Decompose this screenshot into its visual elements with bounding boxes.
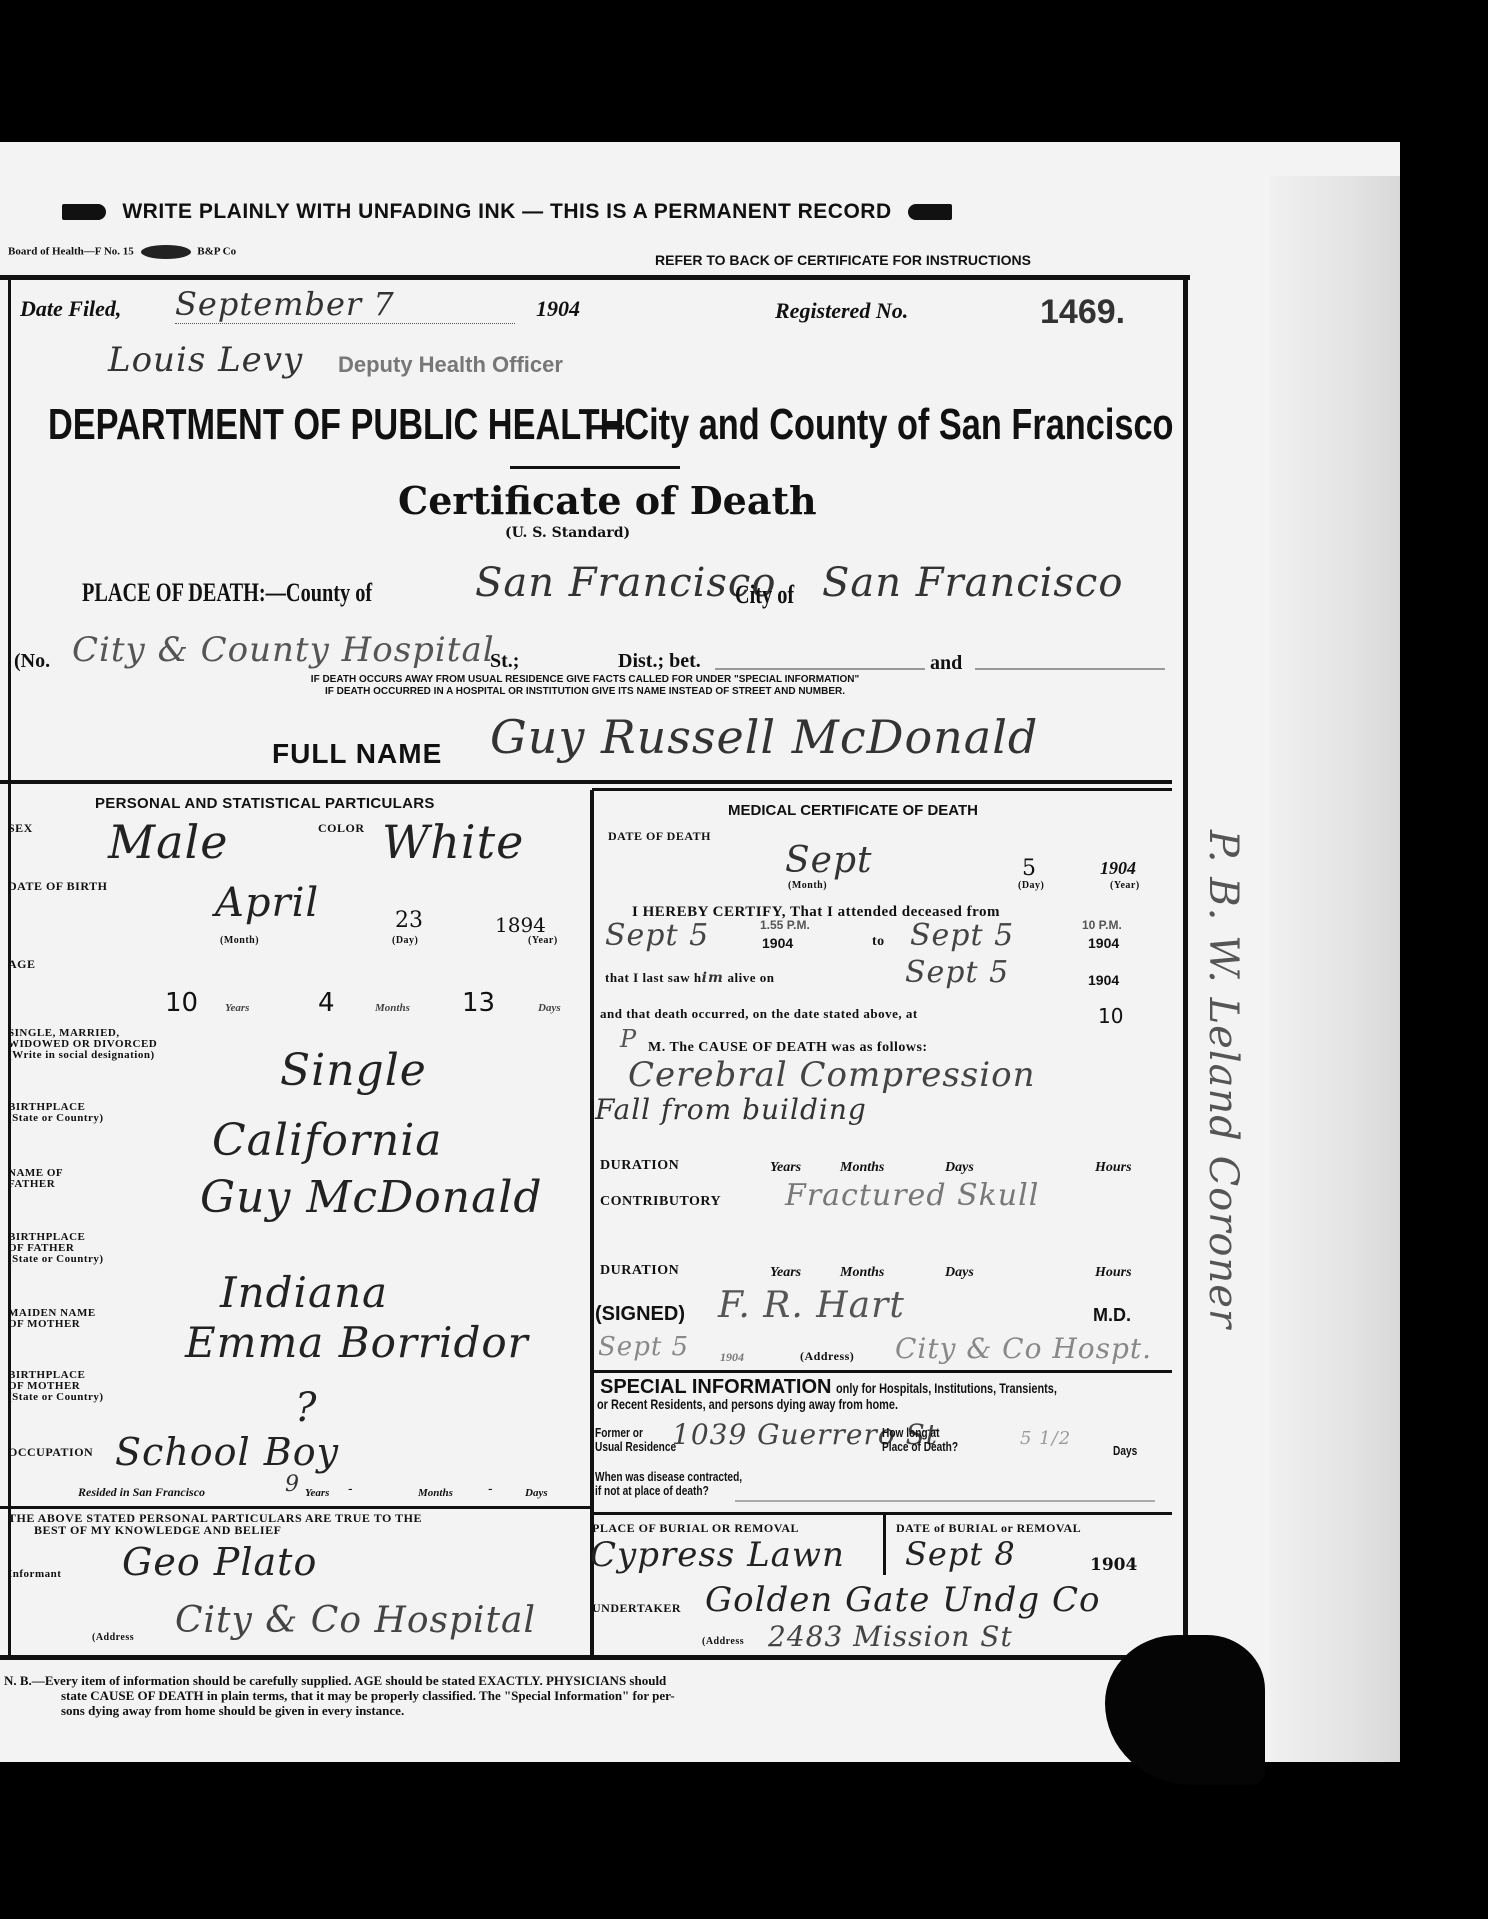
- birthplace-label: BIRTHPLACE (State or Country): [8, 1102, 104, 1124]
- age-days-caption: Days: [538, 1002, 561, 1014]
- duration-years-2: Years: [770, 1265, 801, 1281]
- dod-year: 1904: [1100, 858, 1136, 879]
- signed-date: Sept 5: [598, 1332, 689, 1362]
- place-of-death-label: PLACE OF DEATH:—County of: [82, 578, 454, 608]
- resided-months-caption: Months: [418, 1487, 453, 1499]
- city-value: San Francisco: [822, 560, 1123, 606]
- duration-hours-2: Hours: [1095, 1265, 1132, 1281]
- cause-1: Cerebral Compression: [628, 1055, 1035, 1095]
- dod-month: Sept: [785, 840, 872, 881]
- last-saw-year: 1904: [1088, 972, 1119, 988]
- meridiem: P: [620, 1025, 637, 1053]
- mother-birthplace-label: BIRTHPLACE OF MOTHER (State or Country): [8, 1370, 104, 1403]
- resided-months: -: [348, 1480, 353, 1496]
- marital-value: Single: [280, 1045, 427, 1096]
- county-value: San Francisco: [475, 560, 776, 606]
- marital-label: SINGLE, MARRIED, WIDOWED OR DIVORCED (Wr…: [8, 1028, 157, 1061]
- cause-text: M. The CAUSE OF DEATH was as follows:: [648, 1042, 928, 1054]
- father-birthplace-label: BIRTHPLACE OF FATHER (State or Country): [8, 1232, 104, 1265]
- footer-note: N. B.—Every item of information should b…: [4, 1673, 1084, 1718]
- city-label: City of: [735, 580, 811, 610]
- death-hour: 10: [1098, 1004, 1123, 1028]
- certify-text: I HEREBY CERTIFY, That I attended deceas…: [632, 906, 1000, 918]
- medical-heading: MEDICAL CERTIFICATE OF DEATH: [728, 802, 978, 819]
- duration-years-1: Years: [770, 1160, 801, 1176]
- undertaker-address-label: (Address: [702, 1636, 744, 1648]
- undertaker-address-value: 2483 Mission St: [768, 1620, 1013, 1653]
- no-value: City & County Hospital: [72, 630, 495, 670]
- age-months: 4: [318, 988, 335, 1018]
- duration-months-1: Months: [840, 1160, 884, 1176]
- contracted-label: When was disease contracted, if not at p…: [595, 1470, 784, 1498]
- contracted-line: [735, 1500, 1155, 1502]
- attest-text: THE ABOVE STATED PERSONAL PARTICULARS AR…: [8, 1512, 422, 1536]
- frame-bottom: [0, 1655, 1160, 1660]
- last-saw-date: Sept 5: [905, 955, 1009, 990]
- day-caption: (Day): [392, 935, 418, 947]
- age-months-caption: Months: [375, 1002, 410, 1014]
- mother-birthplace-value: ?: [295, 1385, 317, 1431]
- sex-label: SEX: [8, 822, 33, 834]
- sex-value: Male: [108, 815, 228, 869]
- date-filed-label: Date Filed,: [20, 296, 121, 322]
- occupation-label: OCCUPATION: [8, 1446, 93, 1458]
- father-birthplace-value: Indiana: [220, 1268, 388, 1317]
- attended-to-time: 10 P.M.: [1082, 918, 1122, 932]
- father-label: NAME OF FATHER: [8, 1168, 63, 1190]
- date-filed-value: September 7: [175, 285, 515, 324]
- attended-from: Sept 5: [605, 918, 709, 953]
- coroner-margin-note: P. B. W. Leland Coroner: [1200, 830, 1246, 1329]
- dist-label: Dist.; bet.: [618, 650, 701, 673]
- date-filed-year: 1904: [536, 296, 580, 322]
- informant-address-value: City & Co Hospital: [175, 1600, 536, 1641]
- attended-from-year: 1904: [762, 935, 793, 951]
- howlong-value: 5 1/2: [1020, 1428, 1071, 1449]
- mother-label: MAIDEN NAME OF MOTHER: [8, 1308, 96, 1330]
- dod-day: 5: [1022, 856, 1036, 881]
- md-label: M.D.: [1093, 1305, 1131, 1326]
- duration-label-1: DURATION: [600, 1160, 679, 1172]
- frame-right: [1183, 275, 1188, 1655]
- banner: WRITE PLAINLY WITH UNFADING INK — THIS I…: [62, 200, 1142, 224]
- mother-value: Emma Borridor: [185, 1318, 529, 1367]
- father-value: Guy McDonald: [200, 1172, 543, 1223]
- certificate-title: Certificate of Death: [398, 478, 817, 523]
- special-heading-note: or Recent Residents, and persons dying a…: [597, 1396, 983, 1414]
- and-line: [975, 668, 1165, 670]
- age-years: 10: [165, 988, 198, 1018]
- burial-divider: [883, 1515, 886, 1575]
- resided-days: -: [488, 1480, 493, 1496]
- undertaker-value: Golden Gate Undg Co: [705, 1580, 1101, 1620]
- attended-to-year: 1904: [1088, 935, 1119, 951]
- informant-address-label: (Address: [92, 1632, 134, 1644]
- dod-label: DATE OF DEATH: [608, 830, 711, 842]
- color-label: COLOR: [318, 822, 365, 834]
- instructions-note: REFER TO BACK OF CERTIFICATE FOR INSTRUC…: [655, 252, 1031, 268]
- registered-label: Registered No.: [775, 298, 908, 324]
- dod-month-caption: (Month): [788, 880, 827, 892]
- full-name-value: Guy Russell McDonald: [490, 710, 1038, 764]
- personal-heading: PERSONAL AND STATISTICAL PARTICULARS: [95, 795, 435, 812]
- dist-line: [715, 668, 925, 670]
- informant-label: Informant: [8, 1568, 61, 1580]
- dod-year-caption: (Year): [1110, 880, 1140, 892]
- us-standard: (U. S. Standard): [505, 525, 630, 541]
- registered-number: 1469.: [1040, 293, 1125, 332]
- burial-place-value: Cypress Lawn: [590, 1535, 845, 1575]
- signed-value: F. R. Hart: [718, 1285, 905, 1326]
- burial-top-rule: [592, 1512, 1172, 1515]
- to-label: to: [872, 936, 885, 948]
- resided-years-caption: Years: [305, 1487, 329, 1499]
- form-number: Board of Health—F No. 15 B&P Co: [8, 245, 236, 259]
- burial-date-value: Sept 8: [905, 1535, 1016, 1573]
- full-name-label: FULL NAME: [272, 738, 442, 770]
- st-label: St.;: [490, 650, 519, 673]
- burial-date-label: DATE of BURIAL or REMOVAL: [896, 1522, 1081, 1534]
- section-divider: [0, 780, 1172, 784]
- medical-top-rule: [592, 788, 1172, 791]
- union-label-icon: [141, 245, 191, 259]
- cause-2: Fall from building: [595, 1093, 867, 1126]
- month-caption: (Month): [220, 935, 259, 947]
- duration-label-2: DURATION: [600, 1265, 679, 1277]
- title-rule: [510, 466, 680, 469]
- officer-title: Deputy Health Officer: [338, 352, 563, 378]
- age-years-caption: Years: [225, 1002, 249, 1014]
- special-top-rule: [592, 1370, 1172, 1373]
- no-label: (No.: [14, 650, 50, 673]
- howlong-label: How long at Place of Death?: [882, 1426, 980, 1454]
- signed-label: (SIGNED): [595, 1303, 685, 1326]
- resided-days-caption: Days: [525, 1487, 548, 1499]
- duration-hours-1: Hours: [1095, 1160, 1132, 1176]
- age-label: AGE: [8, 958, 36, 970]
- medical-address: City & Co Hospt.: [895, 1332, 1152, 1365]
- dob-year: 1894: [495, 913, 546, 937]
- attended-from-time: 1.55 P.M.: [760, 918, 810, 932]
- jurisdiction-heading: —City and County of San Francisco: [590, 400, 1338, 450]
- thumb-shadow: [1105, 1635, 1265, 1785]
- burial-year: 1904: [1090, 1555, 1137, 1575]
- age-days: 13: [462, 988, 495, 1018]
- dob-month: April: [215, 880, 319, 926]
- burial-place-label: PLACE OF BURIAL OR REMOVAL: [592, 1522, 799, 1534]
- last-saw-text: that I last saw him alive on: [605, 972, 775, 984]
- occupation-value: School Boy: [115, 1430, 339, 1474]
- pointing-hand-icon: [62, 204, 106, 220]
- place-note: IF DEATH OCCURS AWAY FROM USUAL RESIDENC…: [150, 674, 1020, 698]
- officer-signature: Louis Levy: [108, 340, 303, 380]
- resided-years: 9: [285, 1472, 300, 1497]
- birthplace-value: California: [212, 1115, 443, 1166]
- resided-label: Resided in San Francisco: [78, 1485, 205, 1500]
- duration-days-1: Days: [945, 1160, 974, 1176]
- dob-day: 23: [395, 908, 423, 933]
- year-caption: (Year): [528, 935, 558, 947]
- frame-top: [0, 275, 1190, 280]
- attest-divider: [0, 1506, 592, 1509]
- medical-address-label: (Address): [800, 1350, 854, 1362]
- duration-months-2: Months: [840, 1265, 884, 1281]
- dod-day-caption: (Day): [1018, 880, 1044, 892]
- color-value: White: [382, 815, 524, 869]
- contributory-label: CONTRIBUTORY: [600, 1196, 721, 1208]
- dob-label: DATE OF BIRTH: [8, 880, 107, 892]
- contributory-value: Fractured Skull: [785, 1178, 1039, 1213]
- occurred-text: and that death occurred, on the date sta…: [600, 1008, 918, 1020]
- signed-year: 1904: [720, 1350, 744, 1365]
- informant-value: Geo Plato: [122, 1540, 317, 1584]
- pointing-hand-icon: [908, 204, 952, 220]
- and-label: and: [930, 652, 962, 675]
- duration-days-2: Days: [945, 1265, 974, 1281]
- howlong-days-label: Days: [1113, 1442, 1144, 1460]
- undertaker-label: UNDERTAKER: [592, 1602, 681, 1614]
- attended-to: Sept 5: [910, 918, 1014, 953]
